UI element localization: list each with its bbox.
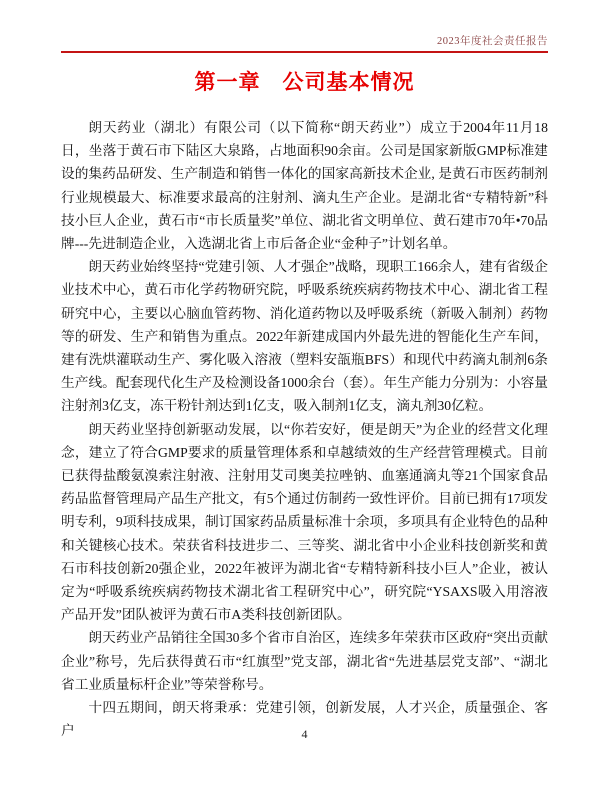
chapter-title: 第一章 公司基本情况 <box>0 66 609 96</box>
paragraph-innovation: 朗天药业坚持创新驱动发展，以“你若安好，便是朗天”为企业的经营文化理念，建立了符… <box>61 418 548 627</box>
page-footer: 4 <box>0 727 609 742</box>
paragraph-honors: 朗天药业产品销往全国30多个省市自治区，连续多年荣获市区政府“突出贡献企业”称号… <box>61 626 548 696</box>
header-title: 2023年度社会责任报告 <box>437 36 548 47</box>
document-body: 朗天药业（湖北）有限公司（以下简称“朗天药业”）成立于2004年11月18日，坐… <box>61 116 548 742</box>
paragraph-company-intro: 朗天药业（湖北）有限公司（以下简称“朗天药业”）成立于2004年11月18日，坐… <box>61 116 548 255</box>
header-rule <box>61 51 548 53</box>
page-header: 2023年度社会责任报告 <box>61 33 548 48</box>
page-number: 4 <box>302 727 308 741</box>
document-page: 2023年度社会责任报告 第一章 公司基本情况 朗天药业（湖北）有限公司（以下简… <box>0 0 609 786</box>
paragraph-strategy-production: 朗天药业始终坚持“党建引领、人才强企”战略，现职工166余人，建有省级企业技术中… <box>61 255 548 417</box>
